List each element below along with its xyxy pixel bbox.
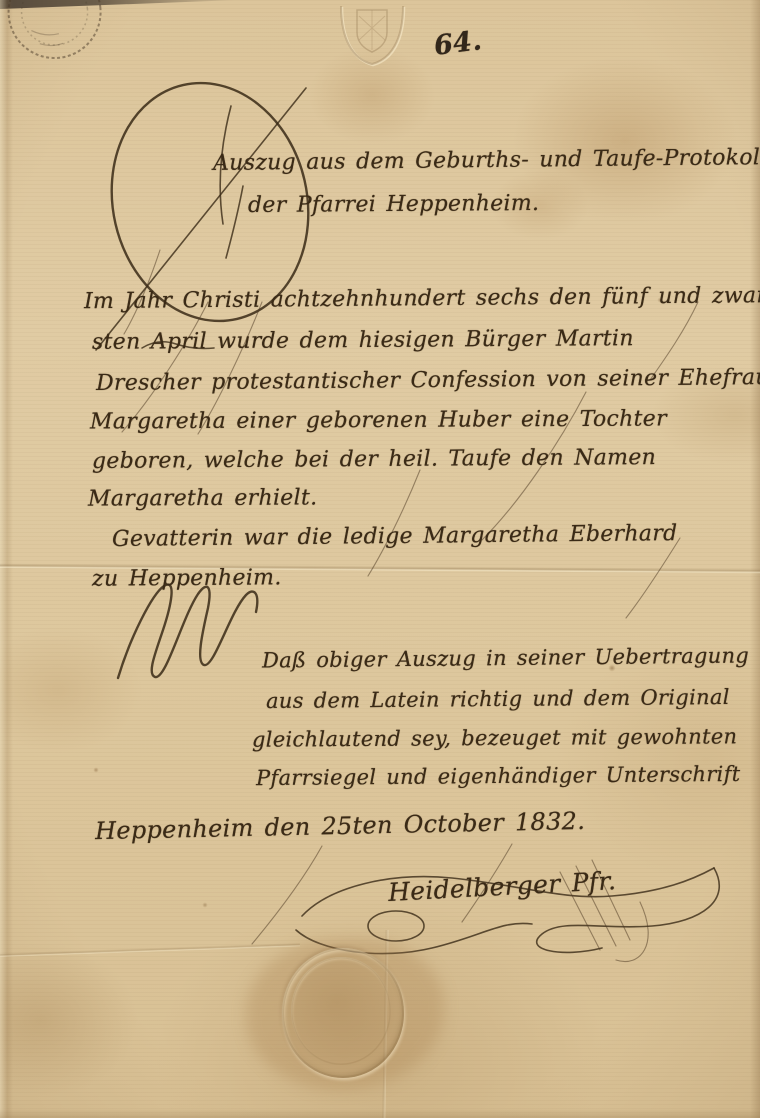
archival-number: 64.: [432, 25, 483, 62]
body-line: Im Jahr Christi achtzehnhundert sechs de…: [84, 283, 760, 314]
body-line: sten April wurde dem hiesigen Bürger Mar…: [92, 326, 634, 355]
blind-embossed-seal-inner-ring: [291, 957, 391, 1065]
scan-edge-shadow: [0, 0, 238, 9]
title-line-1: Auszug aus dem Geburths- und Taufe-Proto…: [213, 145, 760, 176]
body-line: Margaretha erhielt.: [88, 485, 317, 511]
scanned-document-page: 64. Auszug aus dem Geburths- und Taufe-P…: [0, 0, 760, 1118]
godparent-line: zu Heppenheim.: [92, 565, 282, 591]
body-line: Drescher protestantischer Confession von…: [96, 365, 760, 396]
certification-line: aus dem Latein richtig und dem Original: [266, 685, 730, 713]
blind-embossed-seal: [282, 948, 404, 1078]
paper-edge-bottom: [0, 1109, 760, 1118]
round-ink-stamp: [4, 0, 105, 63]
certification-line: Pfarrsiegel und eigenhändiger Unterschri…: [256, 762, 741, 790]
body-line: geboren, welche bei der heil. Taufe den …: [92, 445, 656, 474]
paragraph-flourish: [118, 585, 257, 678]
certification-line: Daß obiger Auszug in seiner Uebertragung: [262, 643, 749, 672]
paper-edge-left: [0, 0, 13, 1118]
title-line-2: der Pfarrei Heppenheim.: [248, 191, 539, 218]
godparent-line: Gevatterin war die ledige Margaretha Ebe…: [112, 521, 678, 552]
embossed-shield-seal: [341, 6, 404, 65]
body-line: Margaretha einer geborenen Huber eine To…: [90, 406, 667, 434]
title-lead-stroke: [226, 186, 243, 258]
fold-crease-left: [0, 943, 300, 957]
signature: Heidelberger Pfr.: [387, 866, 616, 907]
certification-line: gleichlautend sey, bezeuget mit gewohnte…: [252, 724, 737, 751]
dateline: Heppenheim den 25ten October 1832.: [95, 807, 586, 845]
